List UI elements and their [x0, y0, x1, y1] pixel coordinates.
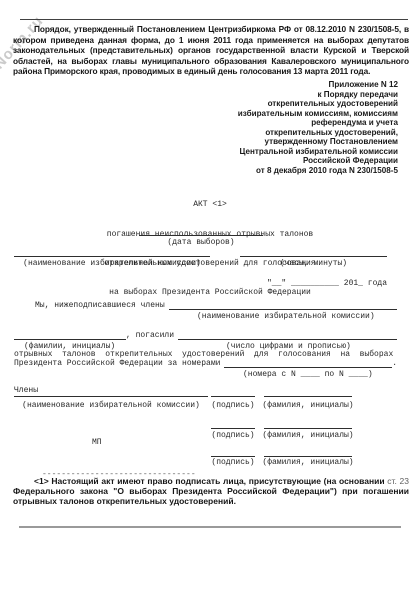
appendix-header: Приложение N 12 к Порядку передачи откре… — [238, 80, 398, 175]
appendix-line: утвержденному Постановлением — [238, 137, 398, 147]
footnote-text: Федерального закона "О выборах Президент… — [13, 486, 409, 506]
appendix-line: открепительных удостоверений — [238, 99, 398, 109]
commission-label: (наименование избирательной комиссии) — [197, 312, 375, 321]
bottom-divider — [19, 526, 401, 528]
act-title-line: на выборах Президента Российской Федерац… — [0, 288, 420, 298]
top-divider — [20, 19, 408, 20]
date-blank: "__" __________ 201_ года — [267, 279, 387, 288]
appendix-line: референдума и учета — [238, 118, 398, 128]
numbers-range-label: (номера с N ____ по N ____) — [243, 370, 373, 379]
applicability-note: Порядок, утвержденный Постановлением Цен… — [13, 24, 409, 77]
act-title-line: АКТ <1> — [0, 200, 420, 210]
blank-line — [14, 330, 126, 340]
body-line-2-period: . — [392, 359, 397, 368]
signature-name-line — [264, 420, 352, 429]
footnote: <1> Настоящий акт имеют право подписать … — [13, 477, 409, 507]
footnote-article-ref: ст. 23 — [387, 476, 409, 486]
extinguished-line: , погасили — [14, 330, 397, 340]
appendix-line: к Порядку передачи — [238, 90, 398, 100]
appendix-line: Приложение N 12 — [238, 80, 398, 90]
blank-line — [224, 358, 392, 368]
appendix-line: Российской Федерации — [238, 156, 398, 166]
blank-line — [169, 300, 397, 310]
stamp-placeholder: МП — [92, 438, 102, 447]
election-date-label: (дата выборов) — [139, 238, 263, 247]
signature-label: (подпись) — [208, 458, 258, 467]
signature-line — [211, 388, 255, 397]
appendix-line: Центральной избирательной комиссии — [238, 147, 398, 157]
extinguished-text: , погасили — [126, 331, 174, 340]
time-label: (часы, минуты) — [240, 259, 387, 268]
body-line-2: Президента Российской Федерации за номер… — [14, 358, 397, 368]
body-line-2-text: Президента Российской Федерации за номер… — [14, 359, 220, 368]
commission-label: (наименование избирательной комиссии) — [14, 259, 210, 268]
appendix-line: избирательным комиссиям, комиссиям — [238, 109, 398, 119]
signature-name-line — [264, 388, 352, 397]
footnote-text: <1> Настоящий акт имеют право подписать … — [34, 476, 385, 486]
we-members-text: Мы, нижеподписавшиеся члены — [14, 301, 165, 310]
time-blank-line — [240, 248, 387, 257]
appendix-line: открепительных удостоверений, — [238, 128, 398, 138]
name-initials-label: (фамилия, инициалы) — [262, 431, 354, 440]
we-members-line: Мы, нижеподписавшиеся члены — [14, 300, 397, 310]
blank-line — [178, 330, 397, 340]
signature-label: (подпись) — [208, 401, 258, 410]
commission-label: (наименование избирательной комиссии) — [14, 401, 208, 410]
signature-label: (подпись) — [208, 431, 258, 440]
signature-line — [211, 420, 255, 429]
election-date-blank-line — [139, 227, 263, 236]
commission-blank-line — [14, 248, 210, 257]
signature-line — [211, 448, 255, 457]
signature-commission-line — [14, 388, 208, 397]
appendix-line: от 8 декабря 2010 года N 230/1508-5 — [238, 166, 398, 176]
signature-name-line — [264, 448, 352, 457]
name-initials-label: (фамилия, инициалы) — [262, 401, 354, 410]
document-page: Norm.ru Порядок, утвержденный Постановле… — [0, 0, 420, 600]
name-initials-label: (фамилия, инициалы) — [262, 458, 354, 467]
